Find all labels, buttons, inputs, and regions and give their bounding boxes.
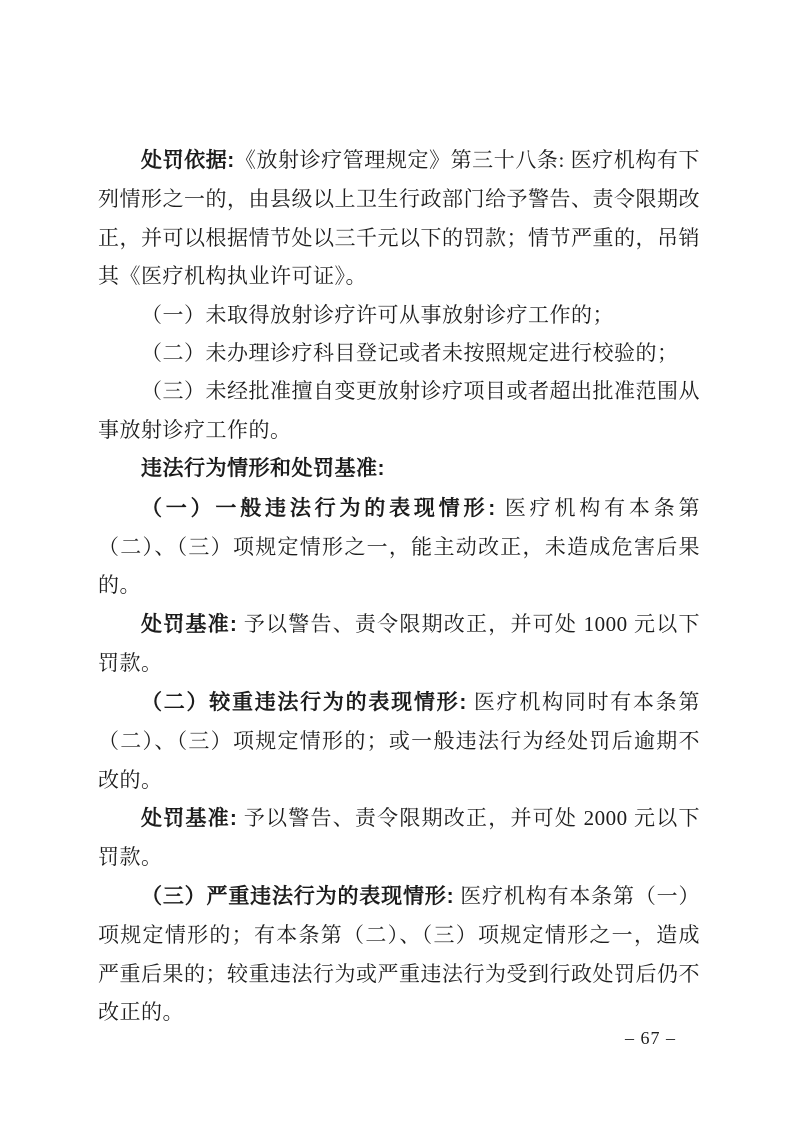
paragraph-item-1: （一）未取得放射诊疗许可从事放射诊疗工作的； xyxy=(98,296,700,334)
paragraph-penalty-standard-1: 处罚基准: 予以警告、责令限期改正，并可处 1000 元以下罚款。 xyxy=(98,605,700,683)
document-body: 处罚依据:《放射诊疗管理规定》第三十八条: 医疗机构有下列情形之一的，由县级以上… xyxy=(98,141,700,1031)
paragraph-general-violation: （一）一般违法行为的表现情形: 医疗机构有本条第（二）、（三）项规定情形之一，能… xyxy=(98,489,700,605)
paragraph-item-2: （二）未办理诊疗科目登记或者未按照规定进行校验的； xyxy=(98,334,700,372)
benchmark-heading-label: 违法行为情形和处罚基准: xyxy=(141,457,385,480)
document-page: 处罚依据:《放射诊疗管理规定》第三十八条: 医疗机构有下列情形之一的，由县级以上… xyxy=(0,0,794,1122)
item-3-text: （三）未经批准擅自变更放射诊疗项目或者超出批准范围从事放射诊疗工作的。 xyxy=(98,379,700,441)
paragraph-serious-violation: （二）较重违法行为的表现情形: 医疗机构同时有本条第（二）、（三）项规定情形的；… xyxy=(98,683,700,799)
penalty-standard-2-label: 处罚基准: xyxy=(141,807,237,830)
item-2-text: （二）未办理诊疗科目登记或者未按照规定进行校验的； xyxy=(141,341,679,365)
paragraph-severe-violation: （三）严重违法行为的表现情形: 医疗机构有本条第（一）项规定情形的；有本条第（二… xyxy=(98,877,700,1032)
general-violation-label: （一）一般违法行为的表现情形: xyxy=(141,497,496,520)
serious-violation-label: （二）较重违法行为的表现情形: xyxy=(141,691,467,714)
paragraph-penalty-basis: 处罚依据:《放射诊疗管理规定》第三十八条: 医疗机构有下列情形之一的，由县级以上… xyxy=(98,141,700,296)
paragraph-penalty-standard-2: 处罚基准: 予以警告、责令限期改正，并可处 2000 元以下罚款。 xyxy=(98,799,700,877)
paragraph-benchmark-heading: 违法行为情形和处罚基准: xyxy=(98,449,700,488)
paragraph-item-3: （三）未经批准擅自变更放射诊疗项目或者超出批准范围从事放射诊疗工作的。 xyxy=(98,372,700,449)
penalty-basis-label: 处罚依据: xyxy=(141,149,235,172)
item-1-text: （一）未取得放射诊疗许可从事放射诊疗工作的； xyxy=(141,303,614,327)
penalty-standard-1-label: 处罚基准: xyxy=(141,613,237,636)
severe-violation-label: （三）严重违法行为的表现情形: xyxy=(141,885,454,908)
page-number: – 67 – xyxy=(625,1028,676,1049)
